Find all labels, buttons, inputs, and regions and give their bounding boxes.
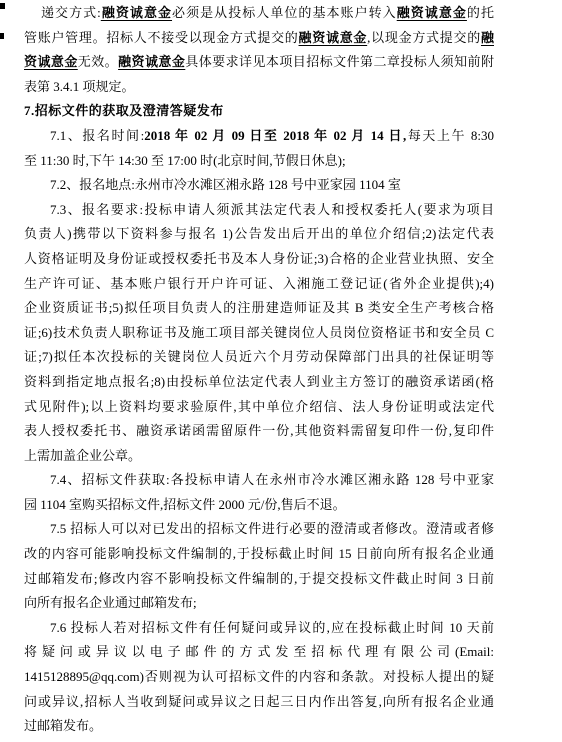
document-line: 证;7)拟任本次投标的关键岗位人员近六个月劳动保障部门出具的社保证明等: [24, 345, 494, 370]
text-segment: ,以现金方式提交的: [367, 30, 481, 45]
text-segment: 必须是从投标人单位的基本账户转入: [172, 5, 397, 20]
document-content: 递交方式:融资诚意金必须是从投标人单位的基本账户转入融资诚意金的托管账户管理。招…: [24, 1, 494, 739]
text-segment: 具体要求详见本项目招标文件第二章投标人须知前附: [185, 54, 494, 69]
text-segment: 无效。: [78, 54, 118, 69]
document-line: 负责人)携带以下资料参与报名 1)公告发出后开出的单位介绍信;2)法定代表: [24, 222, 494, 247]
document-line: 园 1104 室购买招标文件,招标文件 2000 元/份,售后不退。: [24, 493, 494, 518]
document-line: 过邮箱发布。: [24, 714, 494, 739]
document-line: 问或异议,招标人当收到疑问或异议之日起三日内作出答复,向所有报名企业通: [24, 690, 494, 715]
document-line: 式见附件);以上资料均要求验原件,其中单位介绍信、法人身份证明或法定代: [24, 395, 494, 420]
document-line: 改的内容可能影响投标文件编制的,于投标截止时间 15 日前向所有报名企业通: [24, 542, 494, 567]
text-segment: 至 11:30 时,下午 14:30 至 17:00 时(北京时间,节假日休息)…: [24, 153, 346, 168]
text-segment: 过邮箱发布;修改内容不影响投标文件编制的,于提交投标文件截止时间 3 日前: [24, 571, 494, 586]
para-7-2-signup-place: 7.2、报名地点:永州市冷水滩区湘永路 128 号中亚家园 1104 室: [24, 173, 494, 198]
document-line: 7.招标文件的获取及澄清答疑发布: [24, 99, 494, 124]
text-segment: 证;7)拟任本次投标的关键岗位人员近六个月劳动保障部门出具的社保证明等: [24, 349, 494, 364]
text-segment: 负责人)携带以下资料参与报名 1)公告发出后开出的单位介绍信;2)法定代表: [24, 226, 494, 241]
text-segment: 生产许可证、基本账户银行开户许可证、入湘施工登记证(省外企业提供);4): [24, 276, 494, 291]
text-segment: 将疑问或异议以电子邮件的方式发至招标代理有限公司(Email:: [24, 644, 494, 659]
text-segment: 每天上午 8:30: [406, 128, 494, 143]
text-segment: 融资诚意金: [101, 5, 172, 20]
document-line: 资诚意金无效。融资诚意金具体要求详见本项目招标文件第二章投标人须知前附: [24, 50, 494, 75]
text-segment: 融资诚意金: [118, 54, 185, 69]
document-line: 1415128895@qq.com)否则视为认可招标文件的内容和条款。对投标人提…: [24, 665, 494, 690]
document-line: 向所有报名企业通过邮箱发布;: [24, 591, 494, 616]
text-segment: 改的内容可能影响投标文件编制的,于投标截止时间 15 日前向所有报名企业通: [24, 546, 494, 561]
text-segment: 7.3、报名要求:投标申请人须派其法定代表人和授权委托人(要求为项目: [50, 202, 494, 217]
text-segment: 向所有报名企业通过邮箱发布;: [24, 595, 197, 610]
text-segment: 管账户管理。招标人不接受以现金方式提交的: [24, 30, 299, 45]
document-line: 7.4、招标文件获取:各投标申请人在永州市冷水滩区湘永路 128 号中亚家: [24, 468, 494, 493]
document-line: 表人授权委托书、融资承诺函需留原件一份,其他资料需留复印件一份,复印件: [24, 419, 494, 444]
text-segment: 上需加盖企业公章。: [24, 448, 141, 463]
text-segment: 7.6 投标人若对招标文件有任何疑问或异议的,应在投标截止时间 10 天前: [50, 620, 494, 635]
text-segment: 1415128895@qq.com)否则视为认可招标文件的内容和条款。对投标人提…: [24, 669, 494, 684]
document-line: 上需加盖企业公章。: [24, 444, 494, 469]
document-line: 至 11:30 时,下午 14:30 至 17:00 时(北京时间,节假日休息)…: [24, 149, 494, 174]
edge-artifact-2: [0, 33, 4, 39]
para-7-6-questions-objections: 7.6 投标人若对招标文件有任何疑问或异议的,应在投标截止时间 10 天前将疑问…: [24, 616, 494, 739]
document-line: 递交方式:融资诚意金必须是从投标人单位的基本账户转入融资诚意金的托: [24, 1, 494, 26]
para-7-4-document-purchase: 7.4、招标文件获取:各投标申请人在永州市冷水滩区湘永路 128 号中亚家园 1…: [24, 468, 494, 517]
text-segment: 7.5 招标人可以对已发出的招标文件进行必要的澄清或者修改。澄清或者修: [50, 521, 494, 536]
document-line: 将疑问或异议以电子邮件的方式发至招标代理有限公司(Email:: [24, 640, 494, 665]
document-line: 企业资质证书;5)拟任项目负责人的注册建造师证及其 B 类安全生产考核合格: [24, 296, 494, 321]
document-line: 人资格证明及身份证或授权委托书及本人身份证;3)合格的企业营业执照、安全: [24, 247, 494, 272]
text-segment: 的托: [467, 5, 494, 20]
text-segment: 7.4、招标文件获取:各投标申请人在永州市冷水滩区湘永路 128 号中亚家: [50, 472, 494, 487]
text-segment: 证;6)技术负责人职称证书及施工项目部关键岗位人员岗位资格证书和安全员 C: [24, 325, 494, 340]
para-7-1-signup-time: 7.1、报名时间:2018 年 02 月 09 日至 2018 年 02 月 1…: [24, 124, 494, 173]
text-segment: 过邮箱发布。: [24, 718, 102, 733]
text-segment: 融资诚意金: [397, 5, 467, 20]
text-segment: 表人授权委托书、融资承诺函需留原件一份,其他资料需留复印件一份,复印件: [24, 423, 494, 438]
text-segment: 人资格证明及身份证或授权委托书及本人身份证;3)合格的企业营业执照、安全: [24, 251, 494, 266]
text-segment: 2018 年 02 月 09 日至 2018 年 02 月 14 日,: [144, 128, 406, 143]
text-segment: 7.1、报名时间:: [50, 128, 144, 143]
document-line: 资料到指定地点报名;8)由投标单位法定代表人到业主方签订的融资承诺函(格: [24, 370, 494, 395]
text-segment: 表第 3.4.1 项规定。: [24, 79, 135, 94]
document-line: 7.6 投标人若对招标文件有任何疑问或异议的,应在投标截止时间 10 天前: [24, 616, 494, 641]
text-segment: 7.招标文件的获取及澄清答疑发布: [24, 103, 224, 118]
text-segment: 7.2、报名地点:永州市冷水滩区湘永路 128 号中亚家园 1104 室: [50, 177, 401, 192]
para-7-5-clarification-modification: 7.5 招标人可以对已发出的招标文件进行必要的澄清或者修改。澄清或者修改的内容可…: [24, 517, 494, 615]
text-segment: 融: [481, 30, 494, 45]
document-line: 7.5 招标人可以对已发出的招标文件进行必要的澄清或者修改。澄清或者修: [24, 517, 494, 542]
document-line: 证;6)技术负责人职称证书及施工项目部关键岗位人员岗位资格证书和安全员 C: [24, 321, 494, 346]
heading-section-7: 7.招标文件的获取及澄清答疑发布: [24, 99, 494, 124]
para-deposit-submission: 递交方式:融资诚意金必须是从投标人单位的基本账户转入融资诚意金的托管账户管理。招…: [24, 1, 494, 99]
para-7-3-signup-requirements: 7.3、报名要求:投标申请人须派其法定代表人和授权委托人(要求为项目负责人)携带…: [24, 198, 494, 469]
document-line: 7.1、报名时间:2018 年 02 月 09 日至 2018 年 02 月 1…: [24, 124, 494, 149]
document-page: 递交方式:融资诚意金必须是从投标人单位的基本账户转入融资诚意金的托管账户管理。招…: [0, 0, 562, 742]
text-segment: 问或异议,招标人当收到疑问或异议之日起三日内作出答复,向所有报名企业通: [24, 694, 494, 709]
document-line: 生产许可证、基本账户银行开户许可证、入湘施工登记证(省外企业提供);4): [24, 272, 494, 297]
text-segment: 资诚意金: [24, 54, 78, 69]
document-line: 7.3、报名要求:投标申请人须派其法定代表人和授权委托人(要求为项目: [24, 198, 494, 223]
document-line: 管账户管理。招标人不接受以现金方式提交的融资诚意金,以现金方式提交的融: [24, 26, 494, 51]
document-line: 7.2、报名地点:永州市冷水滩区湘永路 128 号中亚家园 1104 室: [24, 173, 494, 198]
text-segment: 式见附件);以上资料均要求验原件,其中单位介绍信、法人身份证明或法定代: [24, 399, 494, 414]
text-segment: 资料到指定地点报名;8)由投标单位法定代表人到业主方签订的融资承诺函(格: [24, 374, 494, 389]
text-segment: 企业资质证书;5)拟任项目负责人的注册建造师证及其 B 类安全生产考核合格: [24, 300, 494, 315]
document-line: 过邮箱发布;修改内容不影响投标文件编制的,于提交投标文件截止时间 3 日前: [24, 567, 494, 592]
edge-artifact-1: [0, 3, 5, 9]
document-line: 表第 3.4.1 项规定。: [24, 75, 494, 100]
text-segment: 园 1104 室购买招标文件,招标文件 2000 元/份,售后不退。: [24, 497, 346, 512]
text-segment: 递交方式:: [41, 5, 101, 20]
text-segment: 融资诚意金: [299, 30, 368, 45]
